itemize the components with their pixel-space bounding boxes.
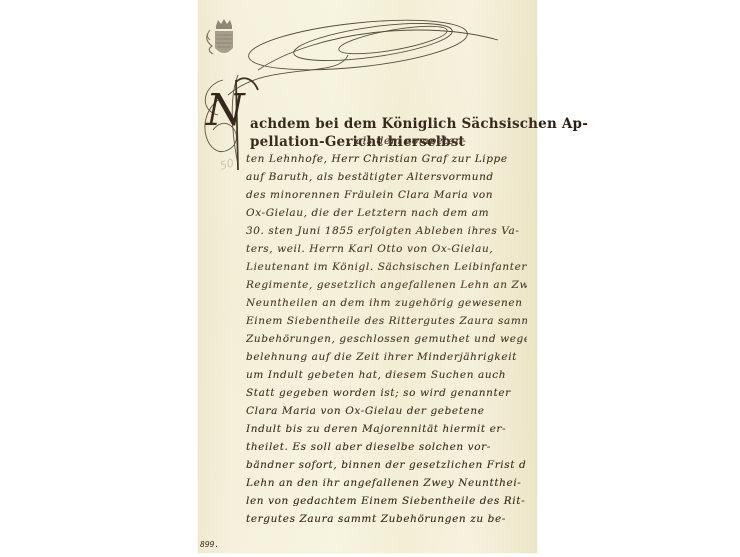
body-line: Clara Maria von Ox-Gielau der gebetene — [246, 405, 527, 417]
body-line: 30. sten Juni 1855 erfolgten Ableben ihr… — [246, 225, 527, 237]
folio-number: 899. — [200, 540, 219, 549]
calligraphic-flourish — [198, 0, 537, 200]
body-line: Statt gegeben worden ist; so wird genann… — [246, 387, 527, 399]
body-line: Neuntheilen an dem ihm zugehörig gewesen… — [246, 297, 527, 309]
body-line: Indult bis zu deren Majorennität hiermit… — [246, 423, 527, 435]
document-page: N achdem bei dem Königlich Sächsischen A… — [198, 0, 537, 553]
body-line: tergutes Zaura sammt Zubehörungen zu be- — [246, 513, 527, 525]
body-line: auf Baruth, als bestätigter Altersvormun… — [246, 171, 527, 183]
body-line: ten Lehnhofe, Herr Christian Graf zur Li… — [246, 153, 527, 165]
body-line: ters, weil. Herrn Karl Otto von Ox-Giela… — [246, 243, 527, 255]
body-line: Zubehörungen, geschlossen gemuthet und w… — [246, 333, 527, 345]
body-line: bändner sofort, binnen der gesetzlichen … — [246, 459, 527, 471]
body-line: Einem Siebentheile des Rittergutes Zaura… — [246, 315, 527, 327]
body-line: Regimente, gesetzlich angefallenen Lehn … — [246, 279, 527, 291]
coat-of-arms-icon — [204, 18, 244, 70]
decorated-initial: N — [206, 85, 245, 136]
body-line: , als dem competen- — [348, 135, 527, 147]
body-line: belehnung auf die Zeit ihrer Minderjähri… — [246, 351, 527, 363]
body-line: len von gedachtem Einem Siebentheile des… — [246, 495, 527, 507]
heading-line-1: achdem bei dem Königlich Sächsischen Ap- — [250, 116, 588, 132]
body-line: Ox-Gielau, die der Letztern nach dem am — [246, 207, 527, 219]
body-line: um Indult gebeten hat, diesem Suchen auc… — [246, 369, 527, 381]
body-line: Lieutenant im Königl. Sächsischen Leibin… — [246, 261, 527, 273]
body-line: des minorennen Fräulein Clara Maria von — [246, 189, 527, 201]
body-line: Lehn an den ihr angefallenen Zwey Neuntt… — [246, 477, 527, 489]
body-line: theilet. Es soll aber dieselbe solchen v… — [246, 441, 527, 453]
